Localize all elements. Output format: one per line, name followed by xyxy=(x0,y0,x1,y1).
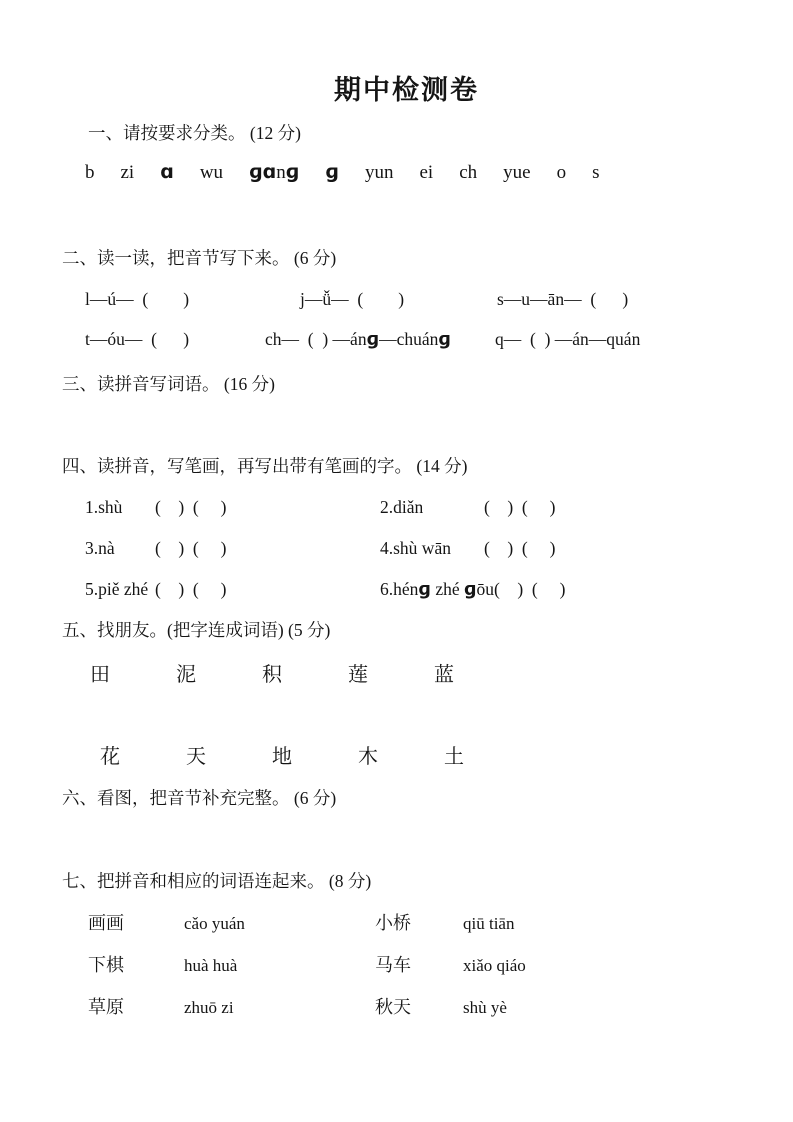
stroke-label: 4.shù wān xyxy=(380,537,484,559)
pinyin-label: huà huà xyxy=(184,954,375,977)
stroke-item: 2.diǎn ( ) ( ) xyxy=(380,496,555,518)
pinyin-label: qiū tiān xyxy=(463,912,753,935)
stroke-label: 2.diǎn xyxy=(380,496,484,518)
match-row: 草原 zhuō zi 秋天 shù yè xyxy=(88,996,753,1019)
pinyin-label: xiǎo qiáo xyxy=(463,954,753,977)
letter-item: b xyxy=(85,161,95,185)
syllable-blank-item: s—u—ān— ( ) xyxy=(497,288,628,310)
hanzi-char: 天 xyxy=(186,744,206,770)
hanzi-char: 积 xyxy=(262,662,282,688)
stroke-label: 3.nà xyxy=(85,537,155,559)
section-6-heading: 六、看图，把音节补充完整。 (6 分) xyxy=(62,787,753,809)
blank-parens: ( ) ( ) xyxy=(155,537,226,559)
pinyin-label: cǎo yuán xyxy=(184,912,375,935)
syllable-row-1: l—ú— ( ) j—ǚ— ( ) s—u—ān— ( ) xyxy=(85,288,753,310)
pinyin-label: shù yè xyxy=(463,996,753,1019)
letter-item: zi xyxy=(121,161,135,185)
letter-item: ɡɑnɡ xyxy=(249,160,299,185)
section-7-heading: 七、把拼音和相应的词语连起来。 (8 分) xyxy=(62,870,753,892)
stroke-row-1: 1.shù ( ) ( ) 2.diǎn ( ) ( ) xyxy=(85,496,753,518)
letter-item: wu xyxy=(200,161,223,185)
letter-item: ei xyxy=(420,161,434,185)
section-2-heading: 二、读一读，把音节写下来。 (6 分) xyxy=(62,247,753,269)
word-label: 马车 xyxy=(375,954,463,977)
word-label: 小桥 xyxy=(375,912,463,935)
page-title: 期中检测卷 xyxy=(60,74,753,108)
stroke-item: 3.nà ( ) ( ) xyxy=(85,537,380,559)
stroke-row-2: 3.nà ( ) ( ) 4.shù wān ( ) ( ) xyxy=(85,537,753,559)
syllable-blank-item: t—óu— ( ) xyxy=(85,328,265,351)
syllable-blank-item: q— ( ) —án—quán xyxy=(495,328,640,351)
stroke-item: 6.hénɡ zhé ɡōu ( ) ( ) xyxy=(380,578,565,601)
blank-parens: ( ) ( ) xyxy=(484,537,555,559)
stroke-item: 4.shù wān ( ) ( ) xyxy=(380,537,555,559)
letter-item: o xyxy=(557,161,567,185)
hanzi-char: 花 xyxy=(100,744,120,770)
hanzi-row-top: 田 泥 积 莲 蓝 xyxy=(90,662,753,688)
word-label: 秋天 xyxy=(375,996,463,1019)
word-label: 画画 xyxy=(88,912,184,935)
syllable-row-2: t—óu— ( ) ch— ( ) —ánɡ—chuánɡ q— ( ) —án… xyxy=(85,328,753,351)
syllable-blank-item: ch— ( ) —ánɡ—chuánɡ xyxy=(265,328,495,351)
word-label: 下棋 xyxy=(88,954,184,977)
hanzi-char: 地 xyxy=(272,744,292,770)
hanzi-char: 田 xyxy=(90,662,110,688)
hanzi-char: 土 xyxy=(444,744,464,770)
letter-item: s xyxy=(592,161,599,185)
word-label: 草原 xyxy=(88,996,184,1019)
match-row: 下棋 huà huà 马车 xiǎo qiáo xyxy=(88,954,753,977)
blank-parens: ( ) ( ) xyxy=(494,578,565,601)
stroke-item: 1.shù ( ) ( ) xyxy=(85,496,380,518)
section-5-heading: 五、找朋友。(把字连成词语) (5 分) xyxy=(62,619,753,641)
hanzi-row-bottom: 花 天 地 木 土 xyxy=(100,744,753,770)
hanzi-char: 木 xyxy=(358,744,378,770)
stroke-row-3: 5.piě zhé ( ) ( ) 6.hénɡ zhé ɡōu ( ) ( ) xyxy=(85,578,753,601)
letter-item: yue xyxy=(503,161,530,185)
letter-item: ɡ xyxy=(325,160,339,185)
stroke-item: 5.piě zhé ( ) ( ) xyxy=(85,578,380,601)
stroke-label: 5.piě zhé xyxy=(85,578,155,601)
section-4-heading: 四、读拼音，写笔画，再写出带有笔画的字。 (14 分) xyxy=(62,455,753,477)
syllable-blank-item: l—ú— ( ) xyxy=(85,288,300,310)
section-1-heading: 一、请按要求分类。 (12 分) xyxy=(88,122,753,144)
exam-paper-page: 期中检测卷 一、请按要求分类。 (12 分) b zi ɑ wu ɡɑnɡ ɡ … xyxy=(0,74,793,1019)
blank-parens: ( ) ( ) xyxy=(155,578,226,601)
letter-classification-row: b zi ɑ wu ɡɑnɡ ɡ yun ei ch yue o s xyxy=(85,160,753,185)
hanzi-char: 蓝 xyxy=(434,662,454,688)
section-3-heading: 三、读拼音写词语。 (16 分) xyxy=(62,373,753,395)
letter-item: ɑ xyxy=(160,160,174,185)
match-row: 画画 cǎo yuán 小桥 qiū tiān xyxy=(88,912,753,935)
syllable-blank-item: j—ǚ— ( ) xyxy=(300,288,497,310)
stroke-label: 1.shù xyxy=(85,496,155,518)
letter-item: ch xyxy=(459,161,477,185)
hanzi-char: 莲 xyxy=(348,662,368,688)
blank-parens: ( ) ( ) xyxy=(155,496,226,518)
pinyin-label: zhuō zi xyxy=(184,996,375,1019)
letter-item: yun xyxy=(365,161,394,185)
blank-parens: ( ) ( ) xyxy=(484,496,555,518)
stroke-label: 6.hénɡ zhé ɡōu xyxy=(380,578,494,601)
hanzi-char: 泥 xyxy=(176,662,196,688)
